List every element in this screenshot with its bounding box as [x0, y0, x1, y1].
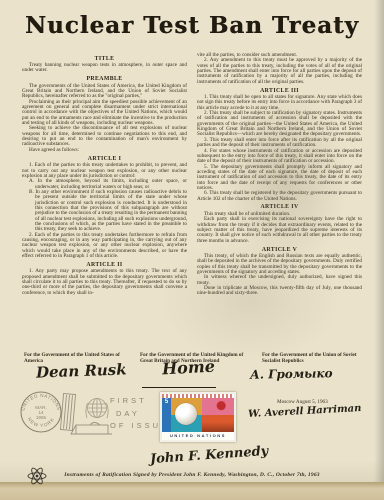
- section-heading-title: TITLE: [22, 56, 187, 62]
- paragraph: 2. Each of the parties to this treaty un…: [22, 233, 187, 260]
- moscow-date: Moscow August 5, 1963: [277, 399, 328, 405]
- stamp-denomination: 5: [162, 398, 171, 432]
- ratification-caption: Instruments of Ratification Signed by Pr…: [0, 472, 384, 478]
- gromyko-signature: А. Громыко: [250, 366, 333, 381]
- un-postage-stamp: 5 UNITED NATIONS: [160, 392, 236, 442]
- paper-bottom-edge: [0, 482, 384, 500]
- un-emblem-icon: [84, 396, 110, 424]
- paragraph: Have agreed as follows:: [22, 148, 187, 153]
- section-heading-article-1: ARTICLE I: [22, 156, 187, 162]
- paragraph: Each party shall in exercising its natio…: [197, 217, 362, 244]
- section-heading-article-5: ARTICLE V: [197, 247, 362, 253]
- treaty-text: TITLE Treaty banning nuclear weapon test…: [22, 53, 363, 297]
- home-signature: Home: [162, 357, 216, 379]
- postmark-year: 1955: [36, 415, 47, 420]
- paragraph: 1. This treaty shall be open to all stat…: [197, 95, 362, 111]
- paragraph: This treaty, of which the English and Ru…: [197, 254, 362, 275]
- left-column: TITLE Treaty banning nuclear weapon test…: [22, 53, 187, 297]
- globe-sphere-icon: [175, 403, 197, 425]
- paragraph: 2. This treaty shall be subject to ratif…: [197, 111, 362, 138]
- harriman-signature: W. Averell Harriman: [248, 403, 362, 420]
- paragraph: 2. Any amendment to this treaty must be …: [197, 58, 362, 85]
- paragraph: 6. This treaty shall be registered by th…: [197, 191, 362, 202]
- section-heading-preamble: PREAMBLE: [22, 76, 187, 82]
- stamp-quadrant-red: [202, 415, 234, 432]
- section-heading-article-3: ARTICLE III: [197, 88, 362, 94]
- stamp-quadrant-pink: [202, 398, 234, 415]
- ussr-government-label: For the Government of the Union of Sovie…: [262, 353, 364, 364]
- section-heading-article-4: ARTICLE IV: [197, 204, 362, 210]
- paragraph: The governments of the United States of …: [22, 84, 187, 100]
- paragraph: 1. Any party may propose amendments to t…: [22, 269, 187, 296]
- paragraph: 3. This treaty shall enter into force af…: [197, 138, 362, 149]
- stamp-country-label: UNITED NATIONS: [162, 432, 234, 440]
- paragraph: 4. For states whose instruments of ratif…: [197, 149, 362, 165]
- paragraph: 5. The depositary governments shall prom…: [197, 165, 362, 192]
- postmark-circle: UNITED NATIONS NEW YORK MAR. 14 1955: [19, 390, 63, 434]
- kennedy-signature: John F. Kennedy: [150, 444, 269, 467]
- treaty-document-page: Nuclear Test Ban Treaty TITLE Treaty ban…: [0, 0, 384, 500]
- section-heading-article-2: ARTICLE II: [22, 262, 187, 268]
- paragraph: Treaty banning nuclear weapon tests in a…: [22, 63, 187, 74]
- stamp-artwork: 5: [162, 398, 234, 432]
- page-title: Nuclear Test Ban Treaty: [0, 12, 384, 39]
- paragraph: Seeking to achieve the discontinuance of…: [22, 126, 187, 147]
- paragraph: 1. Each of the parties to this treaty un…: [22, 163, 187, 179]
- paragraph: Proclaiming as their principal aim the s…: [22, 100, 187, 127]
- list-item-b: B. In any other environment if such expl…: [22, 190, 187, 233]
- signature-underline: [142, 387, 216, 388]
- stamp-design: 5 UNITED NATIONS: [162, 394, 234, 440]
- rusk-signature: Dean Rusk: [36, 360, 127, 381]
- paragraph: Done in triplicate at Moscow, this twent…: [197, 286, 362, 297]
- right-column: vite all the parties, to consider such a…: [197, 53, 362, 297]
